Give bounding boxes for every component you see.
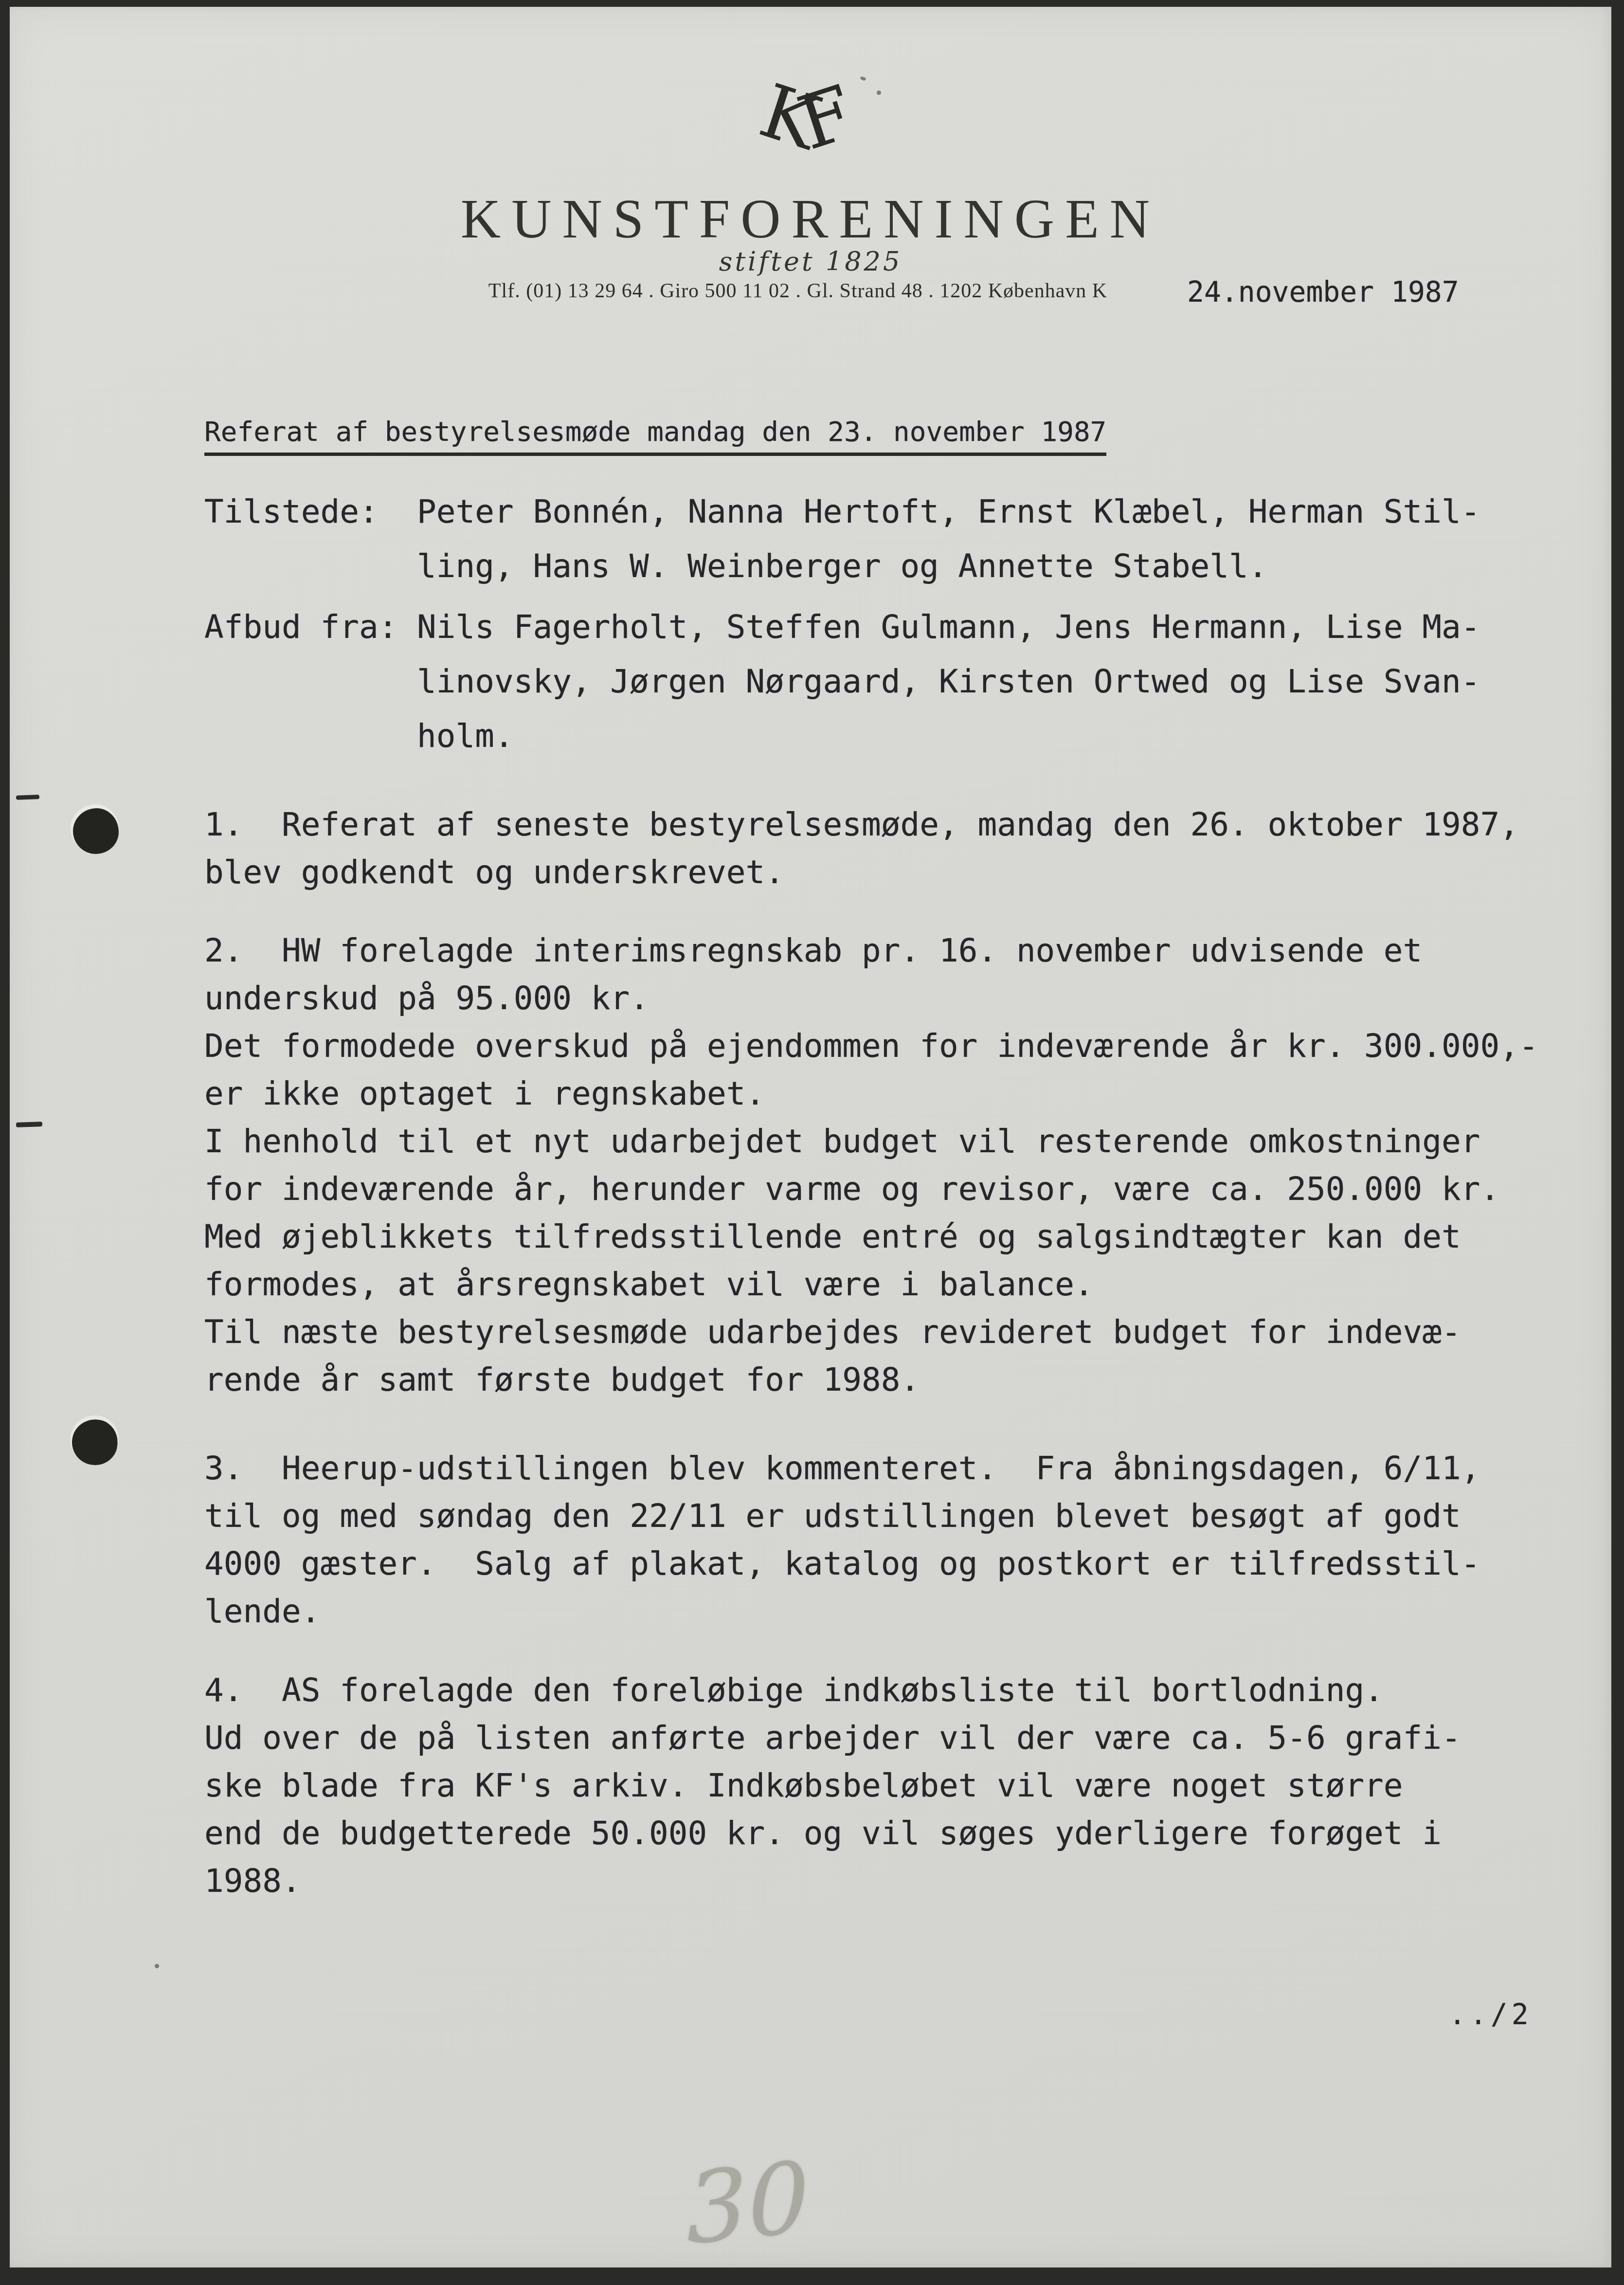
minutes-item-3: 3. Heerup-udstillingen blev kommenteret.… (204, 1445, 1480, 1635)
text-line: underskud på 95.000 kr. (204, 975, 1538, 1022)
text-line: til og med søndag den 22/11 er udstillin… (204, 1492, 1480, 1540)
margin-pen-mark-top (16, 795, 39, 800)
document-date: 24.november 1987 (1187, 275, 1459, 308)
text-line: Afbud fra: Nils Fagerholt, Steffen Gulma… (204, 600, 1480, 654)
punch-hole-top (73, 808, 119, 854)
paper-speck (877, 91, 881, 95)
text-line: Til næste bestyrelsesmøde udarbejdes rev… (204, 1308, 1538, 1356)
document-title-text: Referat af bestyrelsesmøde mandag den 23… (204, 418, 1106, 456)
text-line: Ud over de på listen anførte arbejder vi… (204, 1714, 1461, 1762)
punch-hole-bottom (67, 1415, 123, 1470)
minutes-item-2: 2. HW forelagde interimsregnskab pr. 16.… (204, 927, 1538, 1404)
attendance-present: Tilstede: Peter Bonnén, Nanna Hertoft, E… (204, 485, 1480, 594)
text-line: 1988. (204, 1857, 1461, 1905)
document-page: K F KUNSTFORENINGEN stiftet 1825 Tlf. (0… (10, 7, 1611, 2267)
kf-monogram-icon: K F (748, 80, 869, 158)
organization-name: KUNSTFORENINGEN (10, 187, 1611, 251)
scan-backdrop: { "header": { "monogram_letters": ["K", … (0, 0, 1624, 2285)
text-line: 4. AS forelagde den foreløbige indkøbsli… (204, 1667, 1461, 1714)
text-line: linovsky, Jørgen Nørgaard, Kirsten Ortwe… (204, 654, 1480, 709)
minutes-item-4: 4. AS forelagde den foreløbige indkøbsli… (204, 1667, 1461, 1905)
text-line: lende. (204, 1588, 1480, 1635)
text-line: ske blade fra KF's arkiv. Indkøbsbeløbet… (204, 1762, 1461, 1810)
text-line: 4000 gæster. Salg af plakat, katalog og … (204, 1540, 1480, 1588)
margin-pen-mark-bottom (16, 1122, 42, 1127)
text-line: blev godkendt og underskrevet. (204, 849, 1519, 896)
text-line: rende år samt første budget for 1988. (204, 1356, 1538, 1404)
text-line: 2. HW forelagde interimsregnskab pr. 16.… (204, 927, 1538, 975)
paper-speck (155, 1964, 159, 1968)
founded-line: stiftet 1825 (10, 246, 1611, 277)
text-line: for indeværende år, herunder varme og re… (204, 1165, 1538, 1213)
document-title: Referat af bestyrelsesmøde mandag den 23… (204, 418, 1106, 456)
attendance-absent: Afbud fra: Nils Fagerholt, Steffen Gulma… (204, 600, 1480, 763)
text-line: holm. (204, 709, 1480, 763)
text-line: er ikke optaget i regnskabet. (204, 1070, 1538, 1118)
text-line: formodes, at årsregnskabet vil være i ba… (204, 1261, 1538, 1308)
handwritten-page-number: 30 (685, 2140, 812, 2267)
text-line: Med øjeblikkets tilfredsstillende entré … (204, 1213, 1538, 1261)
text-line: end de budgetterede 50.000 kr. og vil sø… (204, 1810, 1461, 1857)
minutes-item-1: 1. Referat af seneste bestyrelsesmøde, m… (204, 801, 1519, 896)
text-line: ling, Hans W. Weinberger og Annette Stab… (204, 539, 1480, 594)
text-line: Det formodede overskud på ejendommen for… (204, 1022, 1538, 1070)
text-line: Tilstede: Peter Bonnén, Nanna Hertoft, E… (204, 485, 1480, 539)
continuation-marker: ../2 (1449, 1998, 1533, 2031)
text-line: 1. Referat af seneste bestyrelsesmøde, m… (204, 801, 1519, 849)
text-line: I henhold til et nyt udarbejdet budget v… (204, 1118, 1538, 1165)
text-line: 3. Heerup-udstillingen blev kommenteret.… (204, 1445, 1480, 1492)
